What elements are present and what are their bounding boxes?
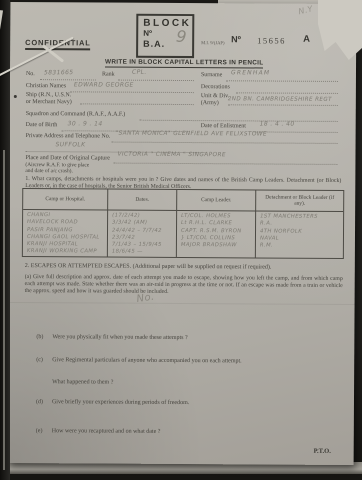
camps-table-header-row: Camp or Hospital. Dates. Camp Leader. De… [23, 189, 343, 212]
rank-value: CPL. [132, 69, 147, 76]
header-camp-or-hospital: Camp or Hospital. [23, 189, 107, 210]
question2-heading: 2. ESCAPES OR ATTEMPTED ESCAPES. (Additi… [25, 263, 345, 272]
ref-series-letter: A [303, 34, 310, 45]
ref-prefix: M.I. 9/(JAP) [201, 40, 224, 46]
paper-crease [9, 302, 355, 305]
ship-dotted-line [80, 102, 194, 105]
christian-names-dotted-line [70, 90, 194, 93]
handwritten-block-number: 9 [175, 26, 188, 46]
no-label: No. [26, 71, 35, 79]
table-cell-dates: 3/3/42 (AM) [112, 220, 174, 228]
question2b-text: Were you physically fit when you made th… [52, 334, 187, 342]
page-edge-highlight [3, 150, 5, 470]
camps-table: Camp or Hospital. Dates. Camp Leader. De… [22, 188, 344, 259]
squadron-label: Squadron and Command (R.A.F., A.A.F.) [26, 111, 126, 119]
pencil-scribble: N.Y [298, 4, 314, 16]
scanned-pow-form-page: { "header": { "confidential": "CONFIDENT… [0, 0, 362, 480]
unit-dotted-line [228, 103, 338, 106]
capture-value: VICTORIA " CINEMA " SINGAPORE [117, 152, 226, 159]
camps-table-body: CHANGI HAVELOCK ROAD PASIR PANJANG CHANG… [23, 210, 343, 258]
table-cell-leader: Lt R.H.L. CLARKE [181, 220, 253, 228]
question2e-label: (e) [36, 428, 43, 436]
dates-column: (17/2/42) 3/3/42 (AM) 24/4/42 – 7/7/42 2… [107, 211, 176, 257]
surname-value: GRENHAM [231, 69, 270, 76]
no-value: 5831665 [44, 69, 74, 76]
address-value-line2: SUFFOLK [56, 141, 86, 148]
document-paper: CONFIDENTIAL BLOCK Nº B.A. 9 M.I. 9/(JAP… [8, 2, 357, 465]
header-camp-leader: Camp Leader. [176, 190, 255, 210]
address-dotted-line [112, 141, 338, 144]
detachment-column: 1ST MANCHESTERS R.A. 4TH NORFOLK NAVAL R… [255, 211, 343, 258]
surname-label: Surname [201, 72, 222, 80]
question2a-text: (a) Give full description and approx. da… [25, 274, 343, 298]
surname-dotted-line [226, 79, 338, 82]
question2b-label: (b) [36, 334, 43, 342]
question2c-text: Give Regimental particulars of anyone wh… [52, 357, 241, 366]
dob-value: 30 . 9 . 14 [68, 120, 103, 127]
address-label: Private Address and Telephone No. [26, 133, 111, 141]
ship-label-line2: or Merchant Navy) [26, 99, 72, 107]
address-value: "SANTA MONICA" GLENFIELD AVE FELIXSTOWE [116, 131, 267, 138]
table-cell-camp: HAVELOCK ROAD [27, 219, 105, 227]
table-cell-dates: 18/6/45 — [112, 249, 174, 257]
header-detachment: Detachment or Block Leader (if any). [255, 190, 343, 211]
christian-names-value: EDWARD GEORGE [74, 81, 134, 88]
ref-number: 15656 [257, 35, 286, 45]
no-dotted-line [40, 78, 96, 80]
decorations-label: Decorations [201, 84, 230, 92]
capture-dotted-line [113, 162, 337, 165]
camps-column: CHANGI HAVELOCK ROAD PASIR PANJANG CHANG… [23, 210, 107, 257]
question2d-text: Give briefly your experiences during per… [52, 399, 189, 407]
christian-names-label: Christian Names [26, 83, 66, 91]
header-dates: Dates. [107, 190, 176, 210]
margin-dot [14, 95, 17, 98]
question2c-label: (c) [36, 357, 43, 365]
pencil-instruction: WRITE IN BLOCK CAPITAL LETTERS IN PENCIL [105, 59, 263, 69]
rank-label: Rank [102, 72, 115, 80]
enlistment-value: 18 . 4 . 40 [260, 120, 295, 127]
table-cell-leader: MAJOR BRADSHAW [181, 242, 253, 250]
question2e-text: How were you recaptured and on what date… [52, 428, 161, 436]
question2c-sub-text: What happened to them ? [52, 379, 113, 387]
leader-column: LT/COL. HOLMES Lt R.H.L. CLARKE CAPT. R.… [176, 211, 255, 257]
unit-label-line2: (Army) [201, 100, 219, 108]
dob-label: Date of Birth [26, 122, 58, 130]
table-cell-camp: KRANJI WORKING CAMP [27, 249, 105, 257]
capture-note-line2: and date of a/c crash). [25, 168, 72, 175]
table-cell-detachment: R.M. [260, 243, 341, 251]
enlistment-label: Date of Enlistment [201, 123, 246, 131]
pto-label: P.T.O. [314, 448, 331, 455]
decorations-dotted-line [236, 91, 338, 94]
unit-value: 2ND BN. CAMBRIDGESHIRE REGT [228, 96, 332, 103]
squadron-dotted-line [140, 119, 338, 122]
question2d-label: (d) [36, 399, 43, 407]
ref-no-label: Nº [231, 34, 241, 44]
